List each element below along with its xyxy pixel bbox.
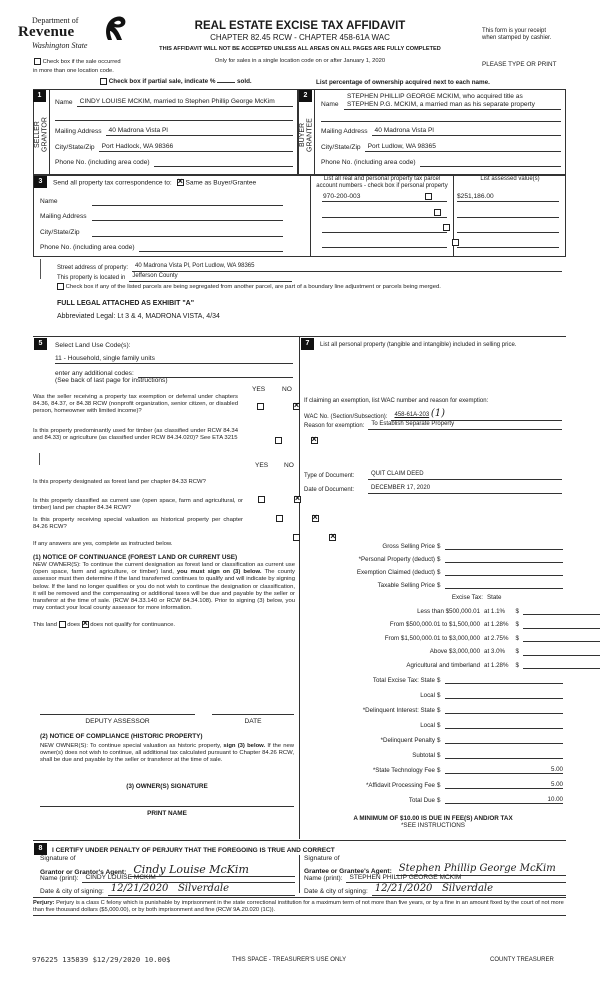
multi-location-label-2: in more than one location code. <box>33 68 114 75</box>
dollar-sign: $ <box>437 767 445 774</box>
doc-type-field[interactable]: QUIT CLAIM DEED <box>368 471 562 480</box>
tax-amount-field[interactable] <box>445 575 563 576</box>
partial-sale-suffix: sold. <box>237 78 252 85</box>
excise-state-label: State <box>485 594 519 601</box>
buyer-phone-row: Phone No. (including area code) <box>321 158 561 167</box>
county-row: This property is located in Jefferson Co… <box>57 273 292 282</box>
tax-label: Exemption Claimed (deduct) <box>302 569 437 576</box>
personal-property-checkbox[interactable] <box>425 193 432 200</box>
exemption-intro: If claiming an exemption, list WAC numbe… <box>304 398 488 405</box>
buyer-phone-field[interactable] <box>420 158 561 167</box>
section-3-number: 3 <box>34 176 47 188</box>
tax-label: *State Technology Fee <box>302 767 437 774</box>
tax-label: *Delinquent Penalty <box>302 737 437 744</box>
seller-phone-field[interactable] <box>154 158 293 167</box>
tax-amount-field[interactable] <box>445 713 563 714</box>
buyer-address-row: Mailing Address 40 Madrona Vista Pl <box>321 127 561 136</box>
tax-row-total_local: Local $ <box>302 689 592 699</box>
seller-city-row: City/State/Zip Port Hadlock, WA 98366 <box>55 143 293 152</box>
seller-name-line-2[interactable] <box>55 120 293 121</box>
tax-bracket-row: From $500,000.01 to $1,500,000 at 1.28% … <box>310 619 600 629</box>
print-name-label: PRINT NAME <box>40 810 294 818</box>
buyer-address-field[interactable]: 40 Madrona Vista Pl <box>372 127 561 136</box>
bracket-label: Above $3,000,000 <box>310 648 482 655</box>
dollar-sign: $ <box>437 556 445 563</box>
question-no-checkbox[interactable] <box>312 515 319 522</box>
partial-sale-label: Check box if partial sale, indicate % <box>109 78 216 85</box>
tax-label: Subtotal <box>302 752 437 759</box>
grantee-name-field[interactable]: STEPHEN PHILLIP GEORGE MCKIM <box>346 874 566 883</box>
completion-warning: THIS AFFIDAVIT WILL NOT BE ACCEPTED UNLE… <box>130 46 470 53</box>
corr-name-label: Name <box>40 198 92 206</box>
personal-property-checkbox[interactable] <box>443 224 450 231</box>
correspondence-header: Send all property tax correspondence to:… <box>53 179 256 187</box>
partial-sale-option: Check box if partial sale, indicate % so… <box>100 78 252 86</box>
assessed-value-field[interactable]: $251,186.00 <box>457 193 559 202</box>
doc-date-field[interactable]: DECEMBER 17, 2020 <box>368 485 562 494</box>
dollar-sign: $ <box>437 797 445 804</box>
dollar-sign: $ <box>515 648 523 655</box>
dollar-sign: $ <box>437 737 445 744</box>
seller-name-field[interactable]: CINDY LOUISE MCKIM, married to Stephen P… <box>77 98 293 107</box>
tax-amount-field[interactable] <box>445 588 563 589</box>
same-as-buyer-checkbox[interactable] <box>177 179 184 186</box>
buyer-name-line-1[interactable]: STEPHEN PHILLIP GEORGE MCKIM, who acquir… <box>347 93 523 101</box>
see-instructions-note: *SEE INSTRUCTIONS <box>300 822 566 830</box>
doc-date-label: Date of Document: <box>304 487 368 494</box>
tax-bracket-row: Agricultural and timberland at 1.28% $ <box>310 659 600 669</box>
corr-address-row: Mailing Address <box>40 212 283 221</box>
buyer-name-label: Name <box>321 101 339 109</box>
question-yes-checkbox[interactable] <box>275 437 282 444</box>
tax-amount-field[interactable] <box>445 728 563 729</box>
additional-codes-note: (See back of last page for instructions) <box>55 377 168 385</box>
bracket-label: Agricultural and timberland <box>310 662 482 669</box>
deputy-assessor-signature-line[interactable] <box>40 714 195 715</box>
seller-address-row: Mailing Address 40 Madrona Vista Pl <box>55 127 293 136</box>
assessed-value-header: List assessed value(s) <box>454 176 566 183</box>
section-7-number: 7 <box>301 338 314 350</box>
seller-name-label: Name <box>55 99 77 107</box>
notice-1-title: (1) NOTICE OF CONTINUANCE (FOREST LAND O… <box>33 554 237 562</box>
bracket-rate: at 1.28% <box>482 662 515 669</box>
dollar-sign: $ <box>437 707 445 714</box>
segregated-checkbox[interactable] <box>57 283 64 290</box>
section-4-margin-mark <box>40 259 41 279</box>
tax-row-personal: *Personal Property (deduct) $ <box>302 553 592 563</box>
doc-type-row: Type of Document: QUIT CLAIM DEED <box>304 471 562 480</box>
tax-label: *Personal Property (deduct) <box>302 556 437 563</box>
owner-signature-line[interactable] <box>40 806 294 807</box>
assessor-date-line[interactable] <box>212 714 294 715</box>
corr-city-field[interactable] <box>92 228 283 237</box>
tax-amount-field[interactable] <box>445 743 563 744</box>
classification-question-text: Is this property receiving special valua… <box>33 517 243 531</box>
multi-location-label: Check box if the sale occurred <box>43 59 121 65</box>
tax-row-delinq_penalty: *Delinquent Penalty $ <box>302 734 592 744</box>
question-yes-checkbox[interactable] <box>276 515 283 522</box>
personal-property-checkbox[interactable] <box>434 209 441 216</box>
parcel-header-line-1: List all real and personal property tax … <box>311 176 453 183</box>
tax-amount-field[interactable] <box>445 683 563 684</box>
dollar-sign: $ <box>437 677 445 684</box>
segregated-option: Check box if any of the listed parcels a… <box>57 283 441 291</box>
does-not-qualify-checkbox[interactable] <box>82 621 89 628</box>
doc-date-row: Date of Document: DECEMBER 17, 2020 <box>304 485 562 494</box>
location-notice: Only for sales in a single location code… <box>150 58 450 65</box>
tax-label: Total Due <box>302 797 437 804</box>
section-8-top-rule <box>33 840 566 841</box>
section-8-number: 8 <box>34 843 47 855</box>
partial-sale-checkbox[interactable] <box>100 78 107 85</box>
dollar-sign: $ <box>515 635 523 642</box>
bracket-amount-field[interactable] <box>523 614 600 615</box>
tax-amount-field[interactable] <box>445 758 563 759</box>
grantee-date-city-field[interactable]: 12/21/2020 Silverdale <box>372 883 566 896</box>
question-no-checkbox[interactable] <box>311 437 318 444</box>
street-address-label: Street address of property: <box>57 265 132 272</box>
bracket-amount-field[interactable] <box>523 641 600 642</box>
seller-address-field[interactable]: 40 Madrona Vista Pl <box>106 127 293 136</box>
corr-city-row: City/State/Zip <box>40 228 283 237</box>
corr-name-field[interactable] <box>92 197 283 206</box>
parcel-account-field[interactable] <box>322 224 447 233</box>
parcel-rows: 970-200-003 $251,186.00 <box>0 0 600 8</box>
tax-label: *Affidavit Processing Fee <box>302 782 437 789</box>
dollar-sign: $ <box>437 569 445 576</box>
exemption-question-text: Is this property predominantly used for … <box>33 428 238 442</box>
classification-question-text: Is this property classified as current u… <box>33 498 243 512</box>
logo-line2: Revenue <box>18 23 74 41</box>
bracket-rate: at 1.1% <box>482 608 515 615</box>
exemption-question-text: Was the seller receiving a property tax … <box>33 394 238 416</box>
does-not-qualify-label: does not qualify for continuance. <box>90 622 175 628</box>
tax-row-exemption: Exemption Claimed (deduct) $ <box>302 566 592 576</box>
tax-row-subtotal: Subtotal $ <box>302 749 592 759</box>
dollar-sign: $ <box>437 692 445 699</box>
parcel-header: List all real and personal property tax … <box>311 176 453 190</box>
question-yes-checkbox[interactable] <box>257 403 264 410</box>
tax-row-delinq_state: *Delinquent Interest: State $ <box>302 704 592 714</box>
bracket-amount-field[interactable] <box>523 668 600 669</box>
grantor-name-row: Name (print): CINDY LOUISE MCKIM <box>40 874 295 883</box>
perjury-statement: Perjury: Perjury is a class C felony whi… <box>33 900 566 916</box>
question-no-checkbox[interactable] <box>294 496 301 503</box>
perjury-label: Perjury: <box>33 900 55 906</box>
tax-label: Local <box>302 722 437 729</box>
dor-swoosh-logo-icon <box>102 14 128 42</box>
county-treasurer-label: COUNTY TREASURER <box>490 957 554 964</box>
form-subtitle: CHAPTER 82.45 RCW - CHAPTER 458-61A WAC <box>150 33 450 43</box>
does-qualify-label: does <box>67 622 80 628</box>
ownership-note: List percentage of ownership acquired ne… <box>316 79 490 87</box>
tax-label: Local <box>302 692 437 699</box>
assessed-value-field[interactable] <box>457 209 559 218</box>
no-header-1: NO <box>282 386 292 394</box>
bracket-amount-field[interactable] <box>523 628 600 629</box>
partial-sale-percent-field[interactable] <box>217 82 235 83</box>
tax-bracket-row: Less than $500,000.01 at 1.1% $ <box>310 605 600 615</box>
if-yes-note: If any answers are yes, complete as inst… <box>33 541 172 548</box>
seller-phone-row: Phone No. (including area code) <box>55 158 293 167</box>
doc-type-label: Type of Document: <box>304 473 368 480</box>
wac-row: WAC No. (Section/Subsection): 458-61A-20… <box>304 408 562 421</box>
tax-amount-field[interactable]: 5.00 <box>445 781 563 789</box>
land-use-value: 11 - Household, single family units <box>55 355 155 362</box>
buyer-city-row: City/State/Zip Port Ludlow, WA 98365 <box>321 143 561 152</box>
corr-phone-row: Phone No. (including area code) <box>40 243 283 252</box>
owner-signature-title: (3) OWNER(S) SIGNATURE <box>40 783 294 791</box>
abbreviated-legal: Abbreviated Legal: Lt 3 & 4, MADRONA VIS… <box>57 313 220 321</box>
treasurer-space-label: THIS SPACE - TREASURER'S USE ONLY <box>232 957 346 964</box>
bracket-label: From $500,000.01 to $1,500,000 <box>310 621 482 628</box>
land-use-label: Select Land Use Code(s): <box>55 342 131 350</box>
tax-row-processing_fee: *Affidavit Processing Fee $ 5.00 <box>302 779 592 789</box>
bracket-rate: at 3.0% <box>482 648 515 655</box>
dollar-sign: $ <box>437 582 445 589</box>
full-legal-heading: FULL LEGAL ATTACHED AS EXHIBIT "A" <box>57 300 194 308</box>
buyer-side-label: BUYERGRANTEE <box>299 115 314 155</box>
signature-divider <box>299 855 300 893</box>
excise-tax-header: Excise Tax: State <box>310 591 600 601</box>
tax-row-gross: Gross Selling Price $ <box>302 540 592 550</box>
question-yes-checkbox[interactable] <box>293 534 300 541</box>
correspondence-label: Send all property tax correspondence to: <box>53 179 172 186</box>
buyer-name-line-2: STEPHEN P.G. MCKIM, a married man as his… <box>347 101 535 108</box>
tax-amount-field[interactable] <box>445 549 563 550</box>
yes-header-1: YES <box>252 386 265 394</box>
bracket-label: Less than $500,000.01 <box>310 608 482 615</box>
buyer-phone-label: Phone No. (including area code) <box>321 159 420 167</box>
tax-label: Taxable Selling Price <box>302 582 437 589</box>
continuance-prefix: This land <box>33 622 57 628</box>
bracket-label: From $1,500,000.01 to $3,000,000 <box>310 635 482 642</box>
notice-2-title: (2) NOTICE OF COMPLIANCE (HISTORIC PROPE… <box>40 733 203 741</box>
bracket-rate: at 2.75% <box>482 635 515 642</box>
notice-2-text: NEW OWNER(S): To continue special valuat… <box>40 743 294 765</box>
buyer-name-extra-line[interactable] <box>321 121 561 122</box>
grantee-date-label: Date & city of signing: <box>304 888 372 896</box>
tax-row-total_state: Total Excise Tax: State $ <box>302 674 592 684</box>
no-header-2: NO <box>284 462 294 470</box>
corr-city-label: City/State/Zip <box>40 229 92 237</box>
seller-city-field[interactable]: Port Hadlock, WA 98366 <box>99 143 293 152</box>
excise-tax-label: Excise Tax: <box>310 594 485 601</box>
certify-statement: I CERTIFY UNDER PENALTY OF PERJURY THAT … <box>52 847 335 855</box>
wac-handwritten-subsection: (1) <box>431 408 445 419</box>
exemption-reason-label: Reason for exemption: <box>304 423 368 430</box>
street-address-row: Street address of property: 40 Madrona V… <box>57 263 562 272</box>
grantor-date-row: Date & city of signing: 12/21/2020 Silve… <box>40 883 295 896</box>
section-5-number: 5 <box>34 338 47 350</box>
form-title: REAL ESTATE EXCISE TAX AFFIDAVIT <box>150 20 450 34</box>
parcel-account-value: 970-200-003 <box>323 193 360 200</box>
corr-address-field[interactable] <box>92 212 283 221</box>
tax-amount-field[interactable] <box>445 698 563 699</box>
parcel-header-line-2: account numbers - check box if personal … <box>311 183 453 190</box>
grantee-sig-label-1: Signature of <box>304 855 340 863</box>
grantor-sig-label-1: Signature of <box>40 855 76 863</box>
buyer-name-field[interactable]: STEPHEN P.G. MCKIM, a married man as his… <box>344 101 561 110</box>
street-address-field[interactable]: 40 Madrona Vista Pl, Port Ludlow, WA 983… <box>132 263 562 272</box>
assessed-value-field[interactable] <box>457 224 559 233</box>
bracket-rate: at 1.28% <box>482 621 515 628</box>
corr-phone-field[interactable] <box>139 243 283 252</box>
county-label: This property is located in <box>57 275 129 282</box>
land-use-field[interactable]: 11 - Household, single family units <box>55 355 293 364</box>
seller-side-label: SELLERGRANTOR <box>34 115 49 155</box>
exemption-reason-row: Reason for exemption: To Establish Separ… <box>304 421 562 430</box>
personal-property-label: List all personal property (tangible and… <box>320 342 516 349</box>
grantor-name-label: Name (print): <box>40 875 82 883</box>
abbreviated-legal-label: Abbreviated Legal: <box>57 313 115 320</box>
corr-phone-label: Phone No. (including area code) <box>40 244 139 252</box>
parcel-account-field[interactable] <box>322 209 447 218</box>
notice-1-text: NEW OWNER(S): To continue the current de… <box>33 562 295 612</box>
wac-label: WAC No. (Section/Subsection): <box>304 414 391 421</box>
treasurer-stamp: 976225 135839 $12/29/2020 10.00$ <box>32 956 170 965</box>
tax-bracket-row: From $1,500,000.01 to $3,000,000 at 2.75… <box>310 632 600 642</box>
grantee-date-row: Date & city of signing: 12/21/2020 Silve… <box>304 883 566 896</box>
corr-address-label: Mailing Address <box>40 213 92 221</box>
grantor-date-city-field[interactable]: 12/21/2020 Silverdale <box>108 883 295 896</box>
dollar-sign: $ <box>437 752 445 759</box>
tax-label: *Delinquent Interest: State <box>302 707 437 714</box>
segregated-label: Check box if any of the listed parcels a… <box>66 284 441 290</box>
tax-label: Gross Selling Price <box>302 543 437 550</box>
seller-name-row: Name CINDY LOUISE MCKIM, married to Step… <box>55 98 293 107</box>
buyer-address-label: Mailing Address <box>321 128 372 136</box>
tax-amount-field[interactable]: 10.00 <box>445 796 563 804</box>
question-yes-checkbox[interactable] <box>258 496 265 503</box>
abbreviated-legal-value: Lt 3 & 4, MADRONA VISTA, 4/34 <box>117 313 220 320</box>
grantee-name-label: Name (print): <box>304 875 346 883</box>
dollar-sign: $ <box>437 722 445 729</box>
seller-city-label: City/State/Zip <box>55 144 99 152</box>
tax-row-tech_fee: *State Technology Fee $ 5.00 <box>302 764 592 774</box>
seller-address-label: Mailing Address <box>55 128 106 136</box>
wac-field[interactable]: 458-61A-203 (1) <box>391 408 562 421</box>
assessed-value-value: $251,186.00 <box>457 193 494 200</box>
tax-amount-field[interactable]: 5.00 <box>445 766 563 774</box>
dollar-sign: $ <box>437 543 445 550</box>
assessor-date-label: DATE <box>212 718 294 726</box>
tax-row-delinq_local: Local $ <box>302 719 592 729</box>
deputy-assessor-label: DEPUTY ASSESSOR <box>40 718 195 726</box>
dollar-sign: $ <box>515 662 523 669</box>
tax-row-taxable: Taxable Selling Price $ <box>302 579 592 589</box>
bracket-amount-field[interactable] <box>523 655 600 656</box>
same-as-buyer-label: Same as Buyer/Grantee <box>185 179 256 186</box>
classification-question-text: Is this property designated as forest la… <box>33 479 243 486</box>
column-divider <box>299 336 300 839</box>
dollar-sign: $ <box>515 608 523 615</box>
tax-label: Total Excise Tax: State <box>302 677 437 684</box>
handwritten-mark <box>39 453 40 465</box>
logo-line3: Washington State <box>32 41 87 51</box>
tax-amount-field[interactable] <box>445 562 563 563</box>
yes-header-2: YES <box>255 462 268 470</box>
seller-phone-label: Phone No. (including area code) <box>55 159 154 167</box>
dollar-sign: $ <box>437 782 445 789</box>
buyer-city-label: City/State/Zip <box>321 144 365 152</box>
assessed-value-field[interactable] <box>457 239 559 248</box>
county-field[interactable]: Jefferson County <box>129 273 292 282</box>
grantor-date-label: Date & city of signing: <box>40 888 108 896</box>
dollar-sign: $ <box>515 621 523 628</box>
tax-row-total_due: Total Due $ 10.00 <box>302 794 592 804</box>
receipt-note-2: when stamped by cashier. <box>482 35 551 42</box>
multi-location-option: Check box if the sale occurred <box>34 58 121 66</box>
multi-location-checkbox[interactable] <box>34 58 41 65</box>
buyer-city-field[interactable]: Port Ludlow, WA 98365 <box>365 143 561 152</box>
question-no-checkbox[interactable] <box>293 403 300 410</box>
perjury-text: Perjury is a class C felony which is pun… <box>33 900 564 913</box>
type-or-print-note: PLEASE TYPE OR PRINT <box>482 61 556 69</box>
tax-bracket-row: Above $3,000,000 at 3.0% $ <box>310 646 600 656</box>
grantor-name-field[interactable]: CINDY LOUISE MCKIM <box>82 874 295 883</box>
grantee-name-row: Name (print): STEPHEN PHILLIP GEORGE MCK… <box>304 874 566 883</box>
does-qualify-checkbox[interactable] <box>59 621 66 628</box>
parcel-account-field[interactable] <box>322 239 447 248</box>
corr-name-row: Name <box>40 197 283 206</box>
continuance-row: This land does does not qualify for cont… <box>33 621 175 629</box>
perjury-top-rule <box>33 897 566 898</box>
exemption-reason-field[interactable]: To Establish Separate Property <box>368 421 562 430</box>
dor-logo: Department of Revenue Washington State <box>18 10 133 52</box>
